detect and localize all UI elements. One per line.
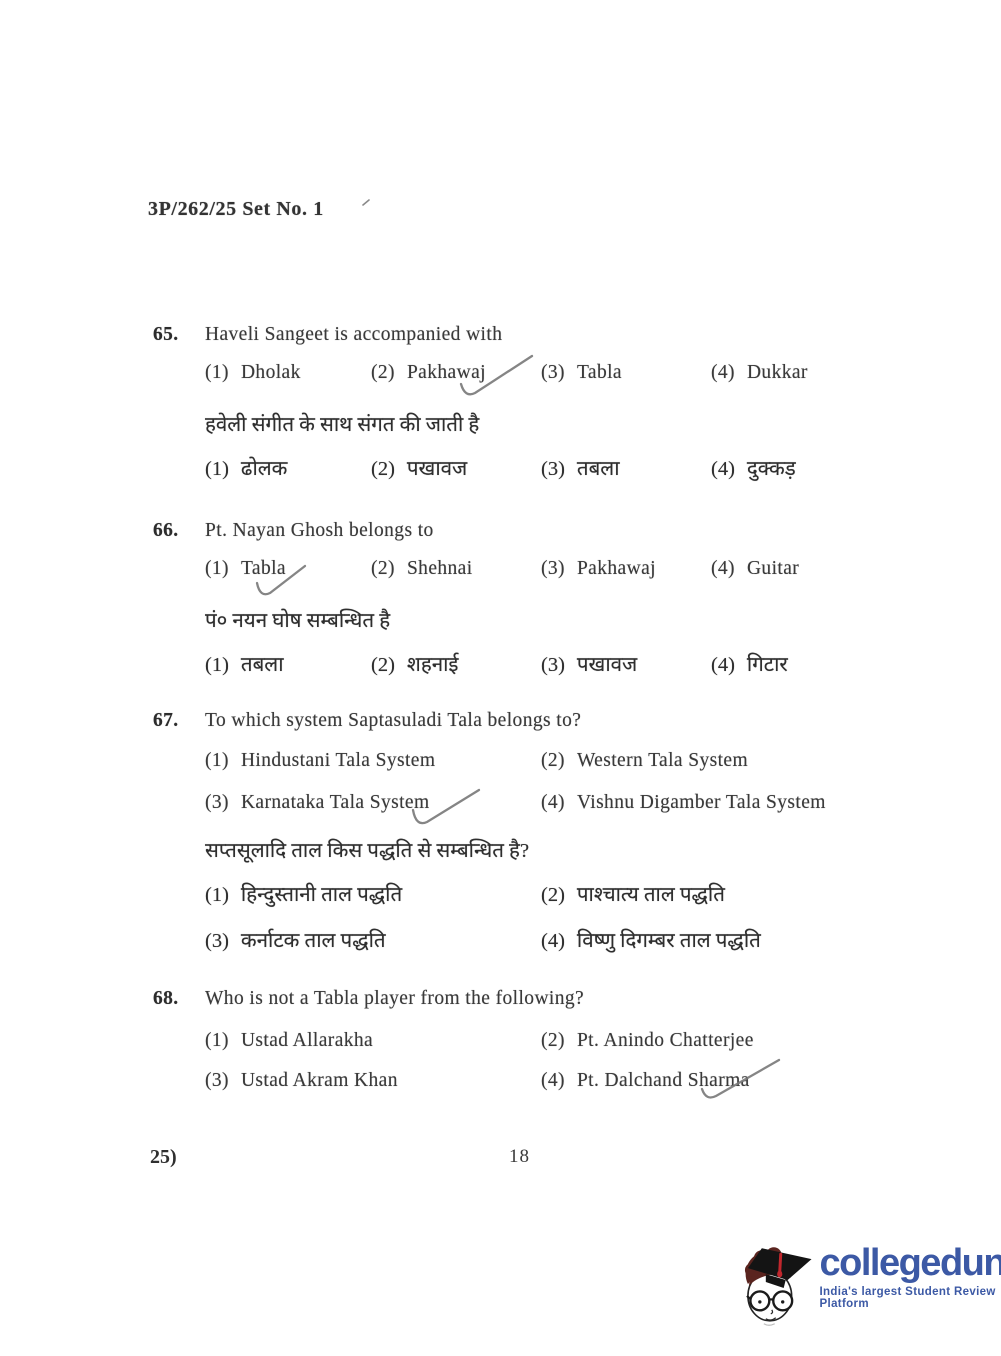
question-68: 68. Who is not a Tabla player from the f… — [0, 988, 1001, 1020]
option-3: (3)तबला — [541, 454, 620, 482]
option-4: (4)विष्णु दिगम्बर ताल पद्धति — [541, 926, 761, 954]
option-3: (3)Tabla — [541, 362, 622, 384]
question-number: 68. — [153, 988, 179, 1010]
option-1: (1)ढोलक — [205, 454, 287, 482]
collegedunia-wordmark: collegedunia — [820, 1244, 1001, 1282]
scanned-question-paper-page: 3P/262/25 Set No. 1 65. Haveli Sangeet i… — [0, 0, 1001, 1356]
option-4: (4)गिटार — [711, 650, 788, 678]
question-67: 67. To which system Saptasuladi Tala bel… — [0, 710, 1001, 742]
pen-tick-q66 — [250, 556, 314, 606]
question-67-options-hi-row1: (1)हिन्दुस्तानी ताल पद्धति (2)पाश्चात्य … — [0, 880, 1001, 912]
option-4: (4)Guitar — [711, 558, 799, 580]
question-68-options-row2: (3)Ustad Akram Khan (4)Pt. Dalchand Shar… — [0, 1070, 1001, 1102]
option-3: (3)Karnataka Tala System — [205, 792, 430, 814]
option-3: (3)Pakhawaj — [541, 558, 656, 580]
question-66-options-en: (1)Tabla (2)Shehnai (3)Pakhawaj (4)Guita… — [0, 558, 1001, 590]
option-2: (2)Western Tala System — [541, 750, 748, 772]
question-text-en: Who is not a Tabla player from the follo… — [205, 988, 584, 1010]
collegedunia-watermark: collegedunia .com India's largest Studen… — [736, 1244, 1001, 1328]
option-1: (1)Ustad Allarakha — [205, 1030, 373, 1052]
option-1: (1)तबला — [205, 650, 284, 678]
question-number: 65. — [153, 324, 179, 346]
option-3: (3)Ustad Akram Khan — [205, 1070, 398, 1092]
question-67-hindi: सप्तसूलादि ताल किस पद्धति से सम्बन्धित ह… — [0, 836, 1001, 868]
collegedunia-wordmark-block: collegedunia .com India's largest Studen… — [820, 1244, 1001, 1310]
question-text-en: To which system Saptasuladi Tala belongs… — [205, 710, 581, 732]
option-4: (4)Dukkar — [711, 362, 808, 384]
question-67-options-en-row2: (3)Karnataka Tala System (4)Vishnu Digam… — [0, 792, 1001, 824]
option-1: (1)Dholak — [205, 362, 301, 384]
option-3: (3)पखावज — [541, 650, 637, 678]
option-4: (4)दुक्कड़ — [711, 454, 796, 482]
question-text-hi: सप्तसूलादि ताल किस पद्धति से सम्बन्धित ह… — [205, 836, 529, 864]
question-number: 67. — [153, 710, 179, 732]
question-text-hi: हवेली संगीत के साथ संगत की जाती है — [205, 410, 479, 438]
question-65-hindi: हवेली संगीत के साथ संगत की जाती है — [0, 410, 1001, 442]
question-67-options-hi-row2: (3)कर्नाटक ताल पद्धति (4)विष्णु दिगम्बर … — [0, 926, 1001, 958]
footer-code-fragment: 25) — [150, 1146, 177, 1169]
pen-tick-q65 — [455, 350, 539, 404]
collegedunia-mascot-icon — [736, 1244, 816, 1328]
question-65-options-hi: (1)ढोलक (2)पखावज (3)तबला (4)दुक्कड़ — [0, 454, 1001, 486]
question-67-options-en-row1: (1)Hindustani Tala System (2)Western Tal… — [0, 750, 1001, 782]
option-2: (2)पाश्चात्य ताल पद्धति — [541, 880, 725, 908]
collegedunia-tagline: India's largest Student Review Platform — [820, 1286, 1001, 1310]
page-footer: 25) 18 — [0, 1146, 1001, 1178]
question-text-hi: पं० नयन घोष सम्बन्धित है — [205, 606, 390, 634]
option-2: (2)शहनाई — [371, 650, 458, 678]
question-66-options-hi: (1)तबला (2)शहनाई (3)पखावज (4)गिटार — [0, 650, 1001, 682]
page-number: 18 — [509, 1146, 530, 1168]
question-number: 66. — [153, 520, 179, 542]
question-66: 66. Pt. Nayan Ghosh belongs to — [0, 520, 1001, 552]
question-66-hindi: पं० नयन घोष सम्बन्धित है — [0, 606, 1001, 638]
option-1: (1)हिन्दुस्तानी ताल पद्धति — [205, 880, 402, 908]
question-68-options-row1: (1)Ustad Allarakha (2)Pt. Anindo Chatter… — [0, 1030, 1001, 1062]
paper-code: 3P/262/25 Set No. 1 — [148, 198, 324, 221]
option-2: (2)Pt. Anindo Chatterjee — [541, 1030, 754, 1052]
option-2: (2)पखावज — [371, 454, 467, 482]
question-text-en: Haveli Sangeet is accompanied with — [205, 324, 502, 346]
pen-tick-q68 — [690, 1052, 786, 1106]
question-text-en: Pt. Nayan Ghosh belongs to — [205, 520, 434, 542]
option-2: (2)Shehnai — [371, 558, 473, 580]
pen-tick-q67 — [403, 782, 487, 834]
ink-speck — [362, 199, 372, 207]
option-3: (3)कर्नाटक ताल पद्धति — [205, 926, 386, 954]
option-1: (1)Hindustani Tala System — [205, 750, 435, 772]
option-4: (4)Vishnu Digamber Tala System — [541, 792, 826, 814]
